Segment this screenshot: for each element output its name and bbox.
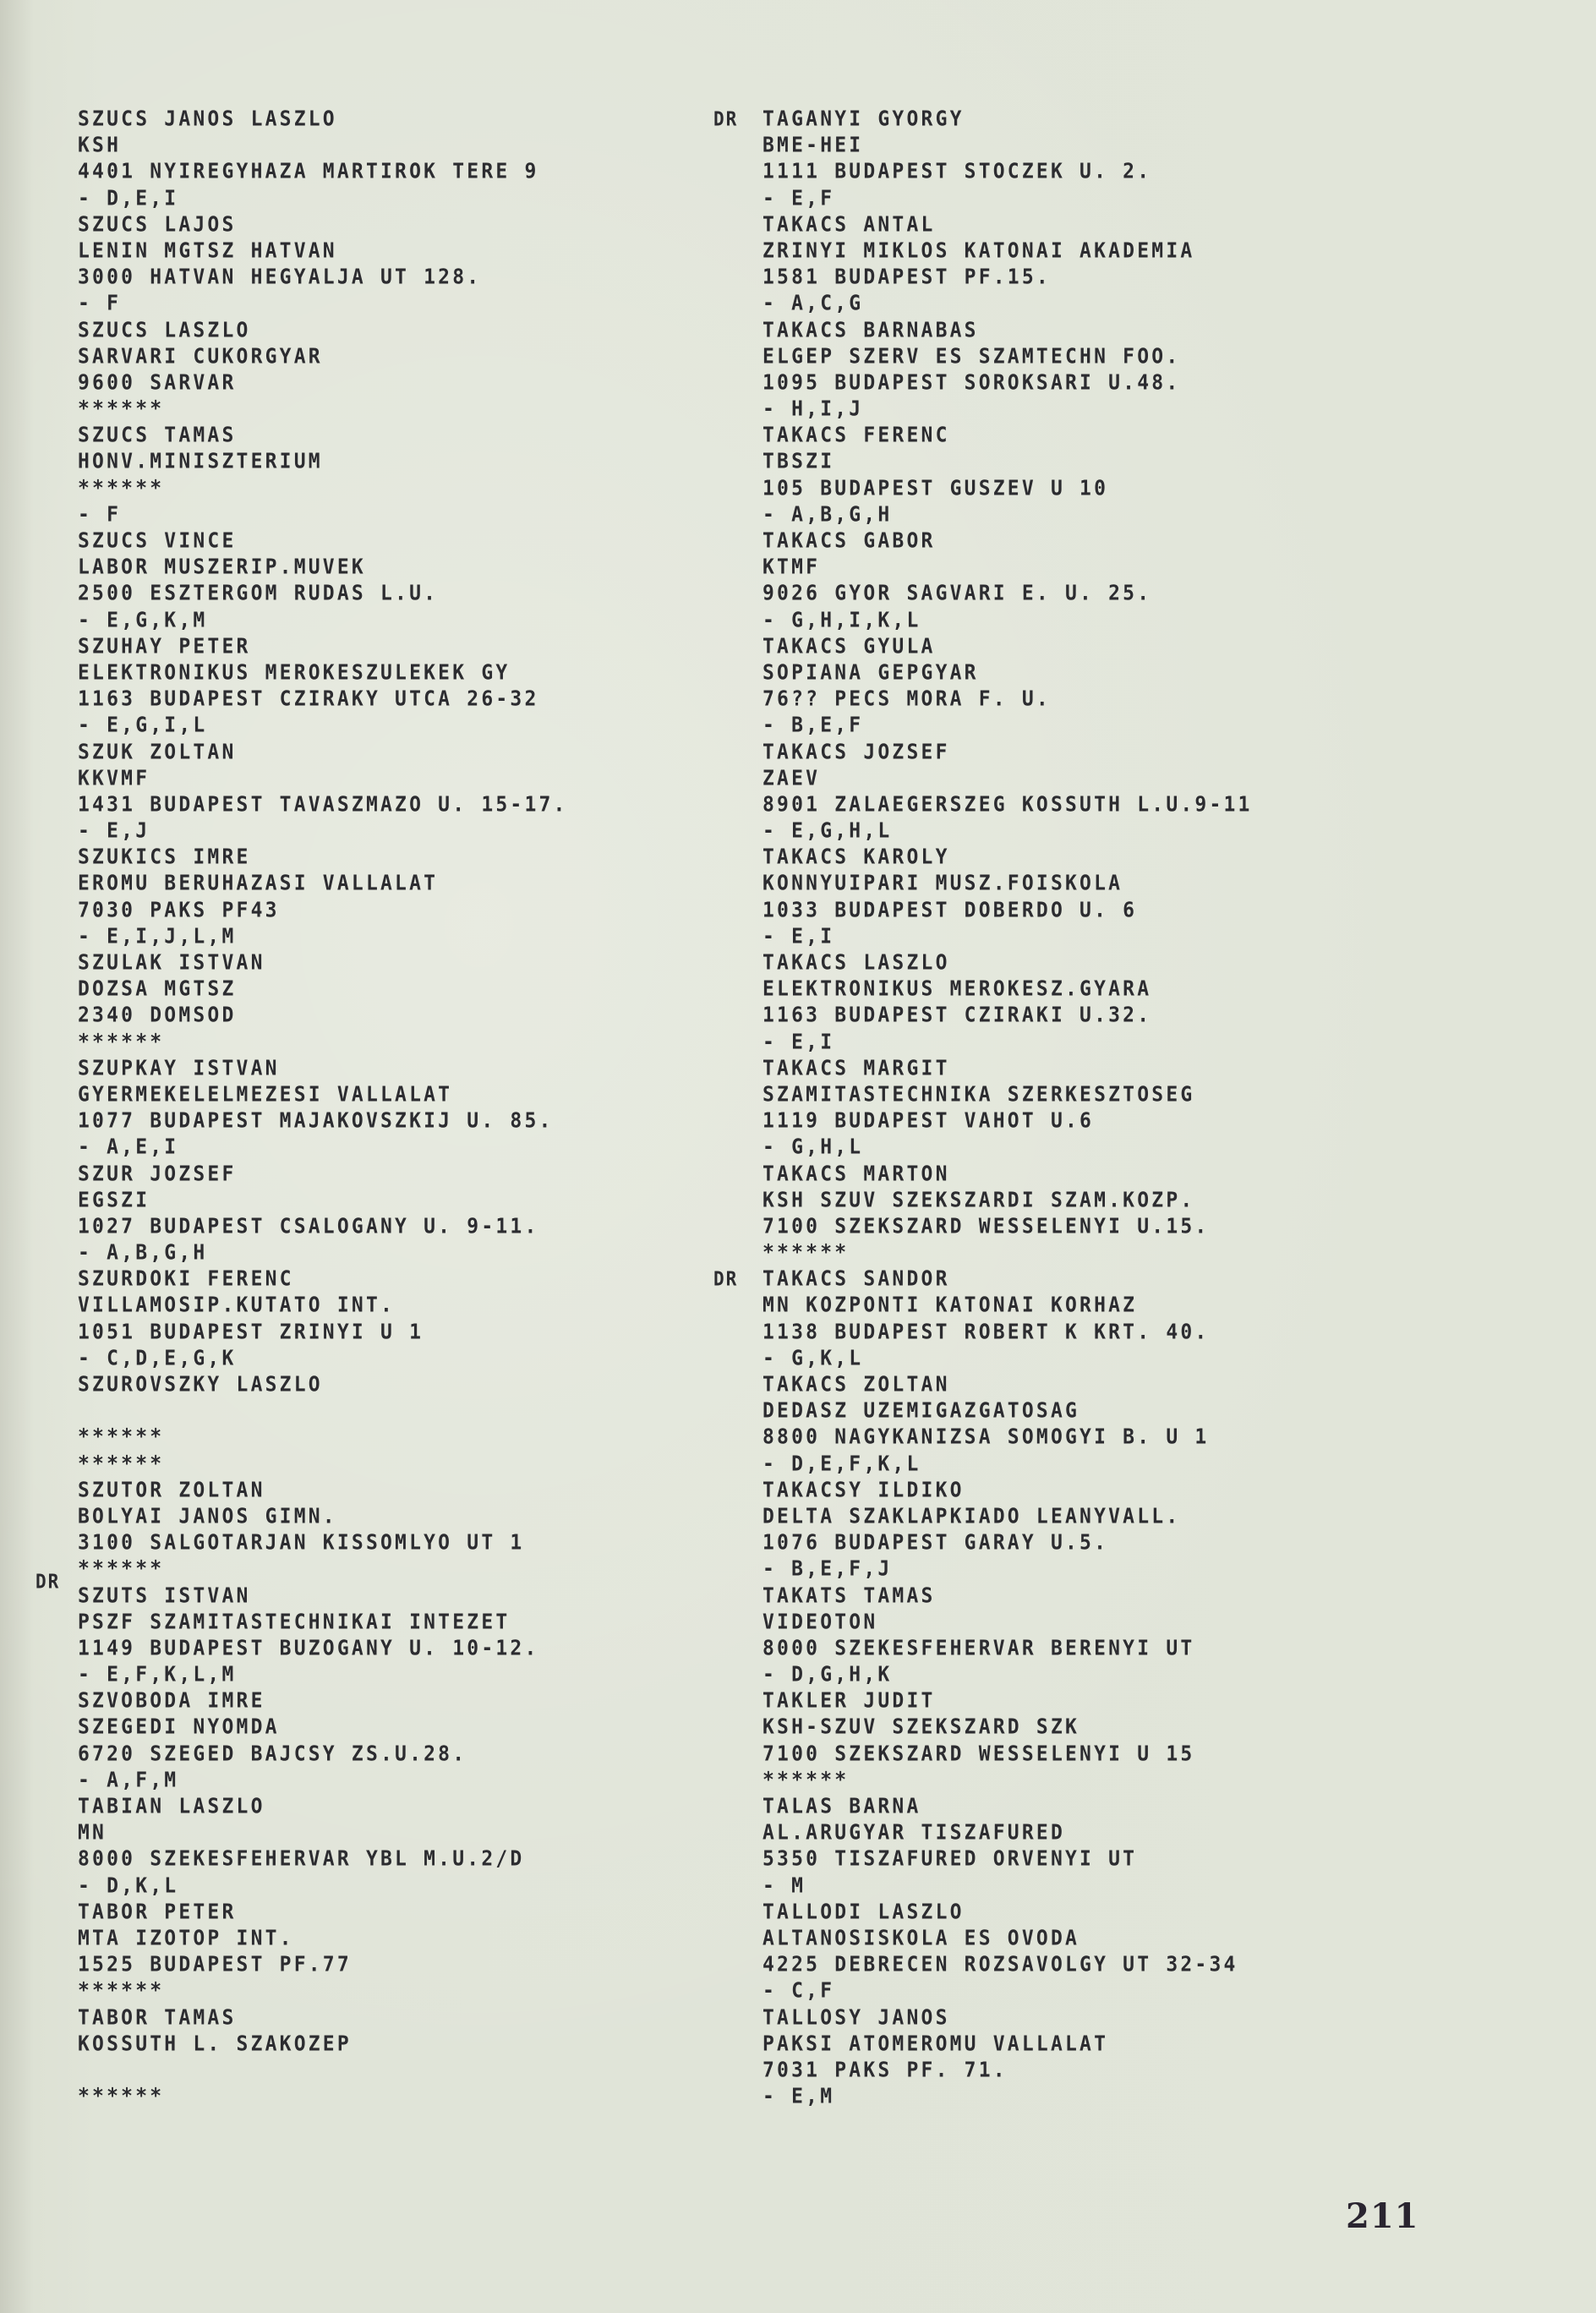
line-text: - D,E,F,K,L <box>762 1452 921 1475</box>
category-codes: - A,B,G,H <box>762 501 1456 530</box>
address-line: 1095 BUDAPEST SOROKSARI U.48. <box>762 369 1456 398</box>
category-codes: - E,G,H,L <box>762 817 1456 846</box>
line-text: - C,D,E,G,K <box>78 1347 237 1370</box>
entry-line: TAKATS TAMAS <box>762 1582 1456 1610</box>
line-text: 76?? PECS MORA F. U. <box>762 687 1051 711</box>
entry-line: TAKACS MARTON <box>762 1160 1456 1189</box>
address-line: 7030 PAKS PF43 <box>78 896 771 925</box>
entry-line: VIDEOTON <box>762 1608 1456 1637</box>
entry-line: TAKACS KAROLY <box>762 844 1456 872</box>
category-codes: - D,E,F,K,L <box>762 1450 1456 1479</box>
line-text: LABOR MUSZERIP.MUVEK <box>78 555 366 579</box>
entry-line: HONV.MINISZTERIUM <box>78 448 771 477</box>
line-text: - F <box>78 292 121 315</box>
category-codes: - E,J <box>78 817 771 846</box>
entry-line: PAKSI ATOMEROMU VALLALAT <box>762 2030 1456 2059</box>
address-line: 2500 ESZTERGOM RUDAS L.U. <box>78 580 771 609</box>
entry-line: SZVOBODA IMRE <box>78 1687 771 1716</box>
line-text: SZUTS ISTVAN <box>78 1583 251 1607</box>
entry-line: SZUTOR ZOLTAN <box>78 1477 771 1506</box>
line-text: TAKACS BARNABAS <box>762 318 979 342</box>
address-line: 3000 HATVAN HEGYALJA UT 128. <box>78 264 771 293</box>
line-text: ALTANOSISKOLA ES OVODA <box>762 1927 1079 1950</box>
line-text: DOZSA MGTSZ <box>78 977 237 1001</box>
entry-line: DEDASZ UZEMIGAZGATOSAG <box>762 1397 1456 1426</box>
entry-line: DRTAKACS SANDOR <box>762 1266 1456 1294</box>
entry-line: SZUTS ISTVAN <box>78 1582 771 1610</box>
entry-line: TAKACS JOZSEF <box>762 738 1456 767</box>
address-line: 1111 BUDAPEST STOCZEK U. 2. <box>762 158 1456 187</box>
line-text: 3100 SALGOTARJAN KISSOMLYO UT 1 <box>78 1531 524 1555</box>
line-text: SZUROVSZKY LASZLO <box>78 1373 323 1397</box>
entry-line: AL.ARUGYAR TISZAFURED <box>762 1819 1456 1848</box>
address-line: 1138 BUDAPEST ROBERT K KRT. 40. <box>762 1318 1456 1347</box>
entry-line: ELEKTRONIKUS MEROKESZULEKEK GY <box>78 659 771 688</box>
entry-line: TAKLER JUDIT <box>762 1687 1456 1716</box>
address-line: 1051 BUDAPEST ZRINYI U 1 <box>78 1318 771 1347</box>
line-text: - A,B,G,H <box>78 1241 207 1265</box>
category-codes: - M <box>762 1872 1456 1900</box>
line-text: 1095 BUDAPEST SOROKSARI U.48. <box>762 371 1180 395</box>
category-codes: - G,K,L <box>762 1345 1456 1374</box>
entry-line: SZUROVSZKY LASZLO <box>78 1371 771 1400</box>
line-text: MN KOZPONTI KATONAI KORHAZ <box>762 1293 1137 1317</box>
entry-line: LENIN MGTSZ HATVAN <box>78 238 771 266</box>
separator-asterisks: ****** <box>78 2083 771 2112</box>
line-text: 8800 NAGYKANIZSA SOMOGYI B. U 1 <box>762 1425 1209 1449</box>
line-text: GYERMEKELELMEZESI VALLALAT <box>78 1083 452 1107</box>
line-text: ZAEV <box>762 767 820 790</box>
line-text: ELEKTRONIKUS MEROKESZ.GYARA <box>762 977 1151 1001</box>
line-text: ****** <box>78 1452 164 1475</box>
line-text: TAKACS ANTAL <box>762 213 936 237</box>
address-line: 7100 SZEKSZARD WESSELENYI U.15. <box>762 1213 1456 1242</box>
line-text: 4225 DEBRECEN ROZSAVOLGY UT 32-34 <box>762 1953 1238 1977</box>
entry-line: KSH SZUV SZEKSZARDI SZAM.KOZP. <box>762 1186 1456 1215</box>
line-text: - G,K,L <box>762 1347 863 1370</box>
entry-line: MN KOZPONTI KATONAI KORHAZ <box>762 1292 1456 1321</box>
line-text: SZUCS JANOS LASZLO <box>78 107 337 131</box>
line-text: SZEGEDI NYOMDA <box>78 1715 280 1739</box>
line-text: - M <box>762 1873 806 1897</box>
line-text: ****** <box>78 1557 164 1581</box>
line-text: 4401 NYIREGYHAZA MARTIROK TERE 9 <box>78 160 539 183</box>
line-text: VIDEOTON <box>762 1610 877 1634</box>
line-text: KKVMF <box>78 767 150 790</box>
address-line: 1033 BUDAPEST DOBERDO U. 6 <box>762 896 1456 925</box>
category-codes: - A,B,G,H <box>78 1239 771 1268</box>
line-text: 1525 BUDAPEST PF.77 <box>78 1953 352 1977</box>
entry-line: TAKACS FERENC <box>762 422 1456 451</box>
entry-line: TABIAN LASZLO <box>78 1793 771 1822</box>
entry-line: SZUPKAY ISTVAN <box>78 1055 771 1084</box>
line-text: - E,I,J,L,M <box>78 925 237 949</box>
line-text: SZUCS LASZLO <box>78 318 251 342</box>
line-text: ****** <box>78 397 164 421</box>
separator-asterisks: ****** <box>78 1977 771 2006</box>
entry-line: SZEGEDI NYOMDA <box>78 1714 771 1742</box>
line-text: DELTA SZAKLAPKIADO LEANYVALL. <box>762 1505 1180 1528</box>
line-text: KSH SZUV SZEKSZARDI SZAM.KOZP. <box>762 1189 1194 1212</box>
line-text: - G,H,L <box>762 1135 863 1159</box>
entry-line: KSH <box>78 132 771 161</box>
line-text: TAKACS ZOLTAN <box>762 1373 950 1397</box>
category-codes: - E,F,K,L,M <box>78 1661 771 1690</box>
address-line: 1119 BUDAPEST VAHOT U.6 <box>762 1107 1456 1136</box>
line-text: TBSZI <box>762 450 834 473</box>
line-text: 1051 BUDAPEST ZRINYI U 1 <box>78 1321 424 1344</box>
entry-line: ZRINYI MIKLOS KATONAI AKADEMIA <box>762 238 1456 266</box>
separator-asterisks: ****** <box>762 1767 1456 1796</box>
entry-line: BOLYAI JANOS GIMN. <box>78 1503 771 1532</box>
category-codes: - A,E,I <box>78 1134 771 1162</box>
line-text: TAKACS MARGIT <box>762 1057 950 1080</box>
line-text: SZUPKAY ISTVAN <box>78 1057 280 1080</box>
category-codes: - G,H,L <box>762 1134 1456 1162</box>
line-text: ****** <box>78 2085 164 2108</box>
line-text: - D,G,H,K <box>762 1663 892 1687</box>
category-codes: - D,E,I <box>78 184 771 213</box>
entry-line: DELTA SZAKLAPKIADO LEANYVALL. <box>762 1503 1456 1532</box>
line-text: PSZF SZAMITASTECHNIKAI INTEZET <box>78 1610 510 1634</box>
address-line: 105 BUDAPEST GUSZEV U 10 <box>762 474 1456 503</box>
line-text: - A,E,I <box>78 1135 178 1159</box>
line-text: 1027 BUDAPEST CSALOGANY U. 9-11. <box>78 1215 539 1239</box>
line-text: EROMU BERUHAZASI VALLALAT <box>78 872 438 895</box>
line-text: 1076 BUDAPEST GARAY U.5. <box>762 1531 1108 1555</box>
line-text: 7030 PAKS PF43 <box>78 899 280 922</box>
entry-line: KOSSUTH L. SZAKOZEP <box>78 2030 771 2059</box>
line-text: 1163 BUDAPEST CZIRAKY UTCA 26-32 <box>78 687 539 711</box>
entry-line: TAKACS GABOR <box>762 528 1456 556</box>
entry-line: SZUCS LASZLO <box>78 316 771 345</box>
line-text: SARVARI CUKORGYAR <box>78 345 323 369</box>
separator-asterisks: ****** <box>78 396 771 424</box>
address-line: 6720 SZEGED BAJCSY ZS.U.28. <box>78 1740 771 1769</box>
line-text: BOLYAI JANOS GIMN. <box>78 1505 337 1528</box>
line-text: 1163 BUDAPEST CZIRAKI U.32. <box>762 1003 1151 1027</box>
line-text: TAKACS SANDOR <box>762 1267 950 1291</box>
category-codes: - E,I <box>762 1028 1456 1057</box>
category-codes: - E,F <box>762 184 1456 213</box>
entry-line: SZUR JOZSEF <box>78 1160 771 1189</box>
line-text: SZUHAY PETER <box>78 635 251 659</box>
line-text: SZAMITASTECHNIKA SZERKESZTOSEG <box>762 1083 1194 1107</box>
address-line: 8000 SZEKESFEHERVAR YBL M.U.2/D <box>78 1845 771 1874</box>
entry-line: SZUCS JANOS LASZLO <box>78 106 771 134</box>
address-line: 5350 TISZAFURED ORVENYI UT <box>762 1845 1456 1874</box>
entry-line: TABOR TAMAS <box>78 2004 771 2032</box>
entry-line: GYERMEKELELMEZESI VALLALAT <box>78 1081 771 1110</box>
entry-line: BME-HEI <box>762 132 1456 161</box>
line-text: - B,E,F <box>762 714 863 737</box>
entry-line <box>78 1397 771 1426</box>
line-text: ****** <box>78 477 164 500</box>
line-text: 1138 BUDAPEST ROBERT K KRT. 40. <box>762 1321 1209 1344</box>
line-text: SOPIANA GEPGYAR <box>762 661 979 685</box>
entry-line: MTA IZOTOP INT. <box>78 1925 771 1954</box>
line-text: KOSSUTH L. SZAKOZEP <box>78 2032 352 2056</box>
address-line: 2340 DOMSOD <box>78 1002 771 1031</box>
line-text: DEDASZ UZEMIGAZGATOSAG <box>762 1399 1079 1423</box>
line-text: PAKSI ATOMEROMU VALLALAT <box>762 2032 1108 2056</box>
line-text: TAGANYI GYORGY <box>762 107 965 131</box>
line-text: 2500 ESZTERGOM RUDAS L.U. <box>78 582 438 605</box>
address-line: 1525 BUDAPEST PF.77 <box>78 1951 771 1980</box>
category-codes: - E,G,K,M <box>78 606 771 635</box>
entry-line: TBSZI <box>762 448 1456 477</box>
line-text: ****** <box>762 1241 849 1265</box>
line-text: TAKACSY ILDIKO <box>762 1479 965 1502</box>
line-text: ELEKTRONIKUS MEROKESZULEKEK GY <box>78 661 510 685</box>
line-text: TABOR PETER <box>78 1900 237 1924</box>
entry-line: TALAS BARNA <box>762 1793 1456 1822</box>
title-prefix: DR <box>713 1266 738 1294</box>
line-text: KSH <box>78 134 121 157</box>
line-text: TAKLER JUDIT <box>762 1689 936 1713</box>
line-text: - A,F,M <box>78 1769 178 1792</box>
line-text: 5350 TISZAFURED ORVENYI UT <box>762 1847 1137 1871</box>
line-text: SZVOBODA IMRE <box>78 1689 265 1713</box>
line-text: VILLAMOSIP.KUTATO INT. <box>78 1293 395 1317</box>
entry-line: SZUCS VINCE <box>78 528 771 556</box>
address-line: 76?? PECS MORA F. U. <box>762 686 1456 714</box>
line-text: ****** <box>78 1425 164 1449</box>
line-text: SZULAK ISTVAN <box>78 951 265 975</box>
category-codes: - H,I,J <box>762 396 1456 424</box>
category-codes: - D,G,H,K <box>762 1661 1456 1690</box>
line-text: ****** <box>78 1979 164 2003</box>
line-text: 8000 SZEKESFEHERVAR YBL M.U.2/D <box>78 1847 524 1871</box>
line-text: - A,C,G <box>762 292 863 315</box>
address-line: 1581 BUDAPEST PF.15. <box>762 264 1456 293</box>
line-text: 1119 BUDAPEST VAHOT U.6 <box>762 1109 1094 1133</box>
line-text: SZUCS TAMAS <box>78 424 237 447</box>
entry-line: DOZSA MGTSZ <box>78 976 771 1004</box>
separator-asterisks: ****** <box>762 1239 1456 1268</box>
entry-line: SZUK ZOLTAN <box>78 738 771 767</box>
address-line: 8000 SZEKESFEHERVAR BERENYI UT <box>762 1635 1456 1664</box>
entry-line: ELGEP SZERV ES SZAMTECHN FOO. <box>762 342 1456 371</box>
left-column: SZUCS JANOS LASZLOKSH4401 NYIREGYHAZA MA… <box>78 107 771 2110</box>
line-text: TAKACS JOZSEF <box>762 740 950 763</box>
line-text: SZUCS LAJOS <box>78 213 237 237</box>
category-codes: - G,H,I,K,L <box>762 606 1456 635</box>
address-line: 1163 BUDAPEST CZIRAKI U.32. <box>762 1002 1456 1031</box>
line-text: 1581 BUDAPEST PF.15. <box>762 265 1051 289</box>
line-text: EGSZI <box>78 1189 150 1212</box>
entry-line: EROMU BERUHAZASI VALLALAT <box>78 870 771 899</box>
line-text: TALLOSY JANOS <box>762 2005 950 2029</box>
line-text: TABIAN LASZLO <box>78 1795 265 1818</box>
address-line: 3100 SALGOTARJAN KISSOMLYO UT 1 <box>78 1529 771 1558</box>
entry-line: SARVARI CUKORGYAR <box>78 342 771 371</box>
address-line: 4225 DEBRECEN ROZSAVOLGY UT 32-34 <box>762 1951 1456 1980</box>
entry-line: ZAEV <box>762 764 1456 793</box>
entry-line: TAKACS ANTAL <box>762 211 1456 240</box>
separator-asterisks: ****** <box>78 1028 771 1057</box>
line-text: 6720 SZEGED BAJCSY ZS.U.28. <box>78 1742 467 1766</box>
category-codes: - F <box>78 290 771 319</box>
line-text: TAKACS KAROLY <box>762 845 950 869</box>
line-text: HONV.MINISZTERIUM <box>78 450 323 473</box>
address-line: 4401 NYIREGYHAZA MARTIROK TERE 9 <box>78 158 771 187</box>
line-text: 7100 SZEKSZARD WESSELENYI U 15 <box>762 1742 1194 1766</box>
entry-line <box>78 2057 771 2086</box>
line-text: 7031 PAKS PF. 71. <box>762 2059 1008 2082</box>
address-line: 1431 BUDAPEST TAVASZMAZO U. 15-17. <box>78 791 771 820</box>
line-text: SZURDOKI FERENC <box>78 1267 294 1291</box>
line-text: SZUR JOZSEF <box>78 1162 237 1185</box>
line-text: LENIN MGTSZ HATVAN <box>78 239 337 263</box>
title-prefix: DR <box>36 1568 60 1597</box>
line-text: 1111 BUDAPEST STOCZEK U. 2. <box>762 160 1151 183</box>
line-text: - E,G,H,L <box>762 819 892 843</box>
separator-asterisks: DR****** <box>78 1556 771 1584</box>
address-line: 7100 SZEKSZARD WESSELENYI U 15 <box>762 1740 1456 1769</box>
line-text: - G,H,I,K,L <box>762 608 921 632</box>
line-text: AL.ARUGYAR TISZAFURED <box>762 1821 1065 1845</box>
line-text: 1149 BUDAPEST BUZOGANY U. 10-12. <box>78 1637 539 1660</box>
entry-line: KONNYUIPARI MUSZ.FOISKOLA <box>762 870 1456 899</box>
line-text: - E,M <box>762 2085 834 2108</box>
line-text: ZRINYI MIKLOS KATONAI AKADEMIA <box>762 239 1194 263</box>
entry-line: TAKACS GYULA <box>762 633 1456 662</box>
category-codes: - C,D,E,G,K <box>78 1345 771 1374</box>
address-line: 8800 NAGYKANIZSA SOMOGYI B. U 1 <box>762 1424 1456 1452</box>
category-codes: - E,I,J,L,M <box>78 923 771 952</box>
entry-line: TAKACS BARNABAS <box>762 316 1456 345</box>
entry-line: KKVMF <box>78 764 771 793</box>
line-text: SZUK ZOLTAN <box>78 740 237 763</box>
category-codes: - B,E,F <box>762 712 1456 741</box>
entry-line: ALTANOSISKOLA ES OVODA <box>762 1925 1456 1954</box>
line-text: TAKACS FERENC <box>762 424 950 447</box>
right-column: DRTAGANYI GYORGYBME-HEI1111 BUDAPEST STO… <box>762 107 1456 2110</box>
separator-asterisks: ****** <box>78 474 771 503</box>
category-codes: - D,K,L <box>78 1872 771 1900</box>
line-text: ****** <box>762 1769 849 1792</box>
category-codes: - A,F,M <box>78 1767 771 1796</box>
category-codes: - A,C,G <box>762 290 1456 319</box>
entry-line: SZURDOKI FERENC <box>78 1266 771 1294</box>
category-codes: - E,M <box>762 2083 1456 2112</box>
line-text: - E,G,K,M <box>78 608 207 632</box>
entry-line: SZUHAY PETER <box>78 633 771 662</box>
entry-line: KTMF <box>762 554 1456 582</box>
line-text: ELGEP SZERV ES SZAMTECHN FOO. <box>762 345 1180 369</box>
line-text: 9600 SARVAR <box>78 371 237 395</box>
address-line: 1163 BUDAPEST CZIRAKY UTCA 26-32 <box>78 686 771 714</box>
page-number: 211 <box>1346 2196 1419 2236</box>
entry-line: SZAMITASTECHNIKA SZERKESZTOSEG <box>762 1081 1456 1110</box>
line-text: - B,E,F,J <box>762 1557 892 1581</box>
line-text: 8901 ZALAEGERSZEG KOSSUTH L.U.9-11 <box>762 793 1253 817</box>
line-text: KONNYUIPARI MUSZ.FOISKOLA <box>762 872 1123 895</box>
line-text: TAKACS GABOR <box>762 529 936 553</box>
entry-line: SZUCS TAMAS <box>78 422 771 451</box>
category-codes: - F <box>78 501 771 530</box>
line-text: 1033 BUDAPEST DOBERDO U. 6 <box>762 899 1137 922</box>
line-text: - E,I <box>762 925 834 949</box>
line-text: - H,I,J <box>762 397 863 421</box>
line-text: TABOR TAMAS <box>78 2005 237 2029</box>
line-text: 8000 SZEKESFEHERVAR BERENYI UT <box>762 1637 1194 1660</box>
line-text: SZUKICS IMRE <box>78 845 251 869</box>
line-text: 105 BUDAPEST GUSZEV U 10 <box>762 477 1108 500</box>
address-line: 1149 BUDAPEST BUZOGANY U. 10-12. <box>78 1635 771 1664</box>
line-text: TALLODI LASZLO <box>762 1900 965 1924</box>
separator-asterisks: ****** <box>78 1424 771 1452</box>
line-text: - F <box>78 503 121 527</box>
line-text: - E,J <box>78 819 150 843</box>
entry-line: SZUKICS IMRE <box>78 844 771 872</box>
entry-line: VILLAMOSIP.KUTATO INT. <box>78 1292 771 1321</box>
line-text: SZUCS VINCE <box>78 529 237 553</box>
category-codes: - B,E,F,J <box>762 1556 1456 1584</box>
entry-line: TALLODI LASZLO <box>762 1899 1456 1927</box>
address-line: 1077 BUDAPEST MAJAKOVSZKIJ U. 85. <box>78 1107 771 1136</box>
entry-line: KSH-SZUV SZEKSZARD SZK <box>762 1714 1456 1742</box>
address-line: 9026 GYOR SAGVARI E. U. 25. <box>762 580 1456 609</box>
entry-line: SZULAK ISTVAN <box>78 949 771 978</box>
address-line: 1076 BUDAPEST GARAY U.5. <box>762 1529 1456 1558</box>
entry-line: LABOR MUSZERIP.MUVEK <box>78 554 771 582</box>
line-text: - E,I <box>762 1030 834 1053</box>
address-line: 7031 PAKS PF. 71. <box>762 2057 1456 2086</box>
line-text: 1077 BUDAPEST MAJAKOVSZKIJ U. 85. <box>78 1109 554 1133</box>
category-codes: - E,G,I,L <box>78 712 771 741</box>
line-text: - E,G,I,L <box>78 714 207 737</box>
line-text: ****** <box>78 1030 164 1053</box>
line-text: SZUTOR ZOLTAN <box>78 1479 265 1502</box>
line-text: 2340 DOMSOD <box>78 1003 237 1027</box>
title-prefix: DR <box>713 106 738 134</box>
line-text: 9026 GYOR SAGVARI E. U. 25. <box>762 582 1151 605</box>
line-text: 7100 SZEKSZARD WESSELENYI U.15. <box>762 1215 1209 1239</box>
line-text: - E,F,K,L,M <box>78 1663 237 1687</box>
entry-line: DRTAGANYI GYORGY <box>762 106 1456 134</box>
entry-line: ELEKTRONIKUS MEROKESZ.GYARA <box>762 976 1456 1004</box>
line-text: BME-HEI <box>762 134 863 157</box>
line-text: - D,K,L <box>78 1873 178 1897</box>
line-text: MN <box>78 1821 107 1845</box>
category-codes: - E,I <box>762 923 1456 952</box>
line-text: - C,F <box>762 1979 834 2003</box>
entry-line: EGSZI <box>78 1186 771 1215</box>
entry-line: SZUCS LAJOS <box>78 211 771 240</box>
entry-line: SOPIANA GEPGYAR <box>762 659 1456 688</box>
entry-line: PSZF SZAMITASTECHNIKAI INTEZET <box>78 1608 771 1637</box>
line-text: KTMF <box>762 555 820 579</box>
line-text: TAKATS TAMAS <box>762 1583 936 1607</box>
line-text: TAKACS LASZLO <box>762 951 950 975</box>
entry-line: TAKACS ZOLTAN <box>762 1371 1456 1400</box>
entry-line: TAKACS MARGIT <box>762 1055 1456 1084</box>
line-text: 3000 HATVAN HEGYALJA UT 128. <box>78 265 481 289</box>
address-line: 9600 SARVAR <box>78 369 771 398</box>
entry-line: TAKACS LASZLO <box>762 949 1456 978</box>
entry-line: MN <box>78 1819 771 1848</box>
address-line: 8901 ZALAEGERSZEG KOSSUTH L.U.9-11 <box>762 791 1456 820</box>
line-text: TALAS BARNA <box>762 1795 921 1818</box>
line-text: - D,E,I <box>78 186 178 210</box>
line-text: TAKACS MARTON <box>762 1162 950 1185</box>
entry-line: TABOR PETER <box>78 1899 771 1927</box>
category-codes: - C,F <box>762 1977 1456 2006</box>
entry-line: TALLOSY JANOS <box>762 2004 1456 2032</box>
line-text: - E,F <box>762 186 834 210</box>
